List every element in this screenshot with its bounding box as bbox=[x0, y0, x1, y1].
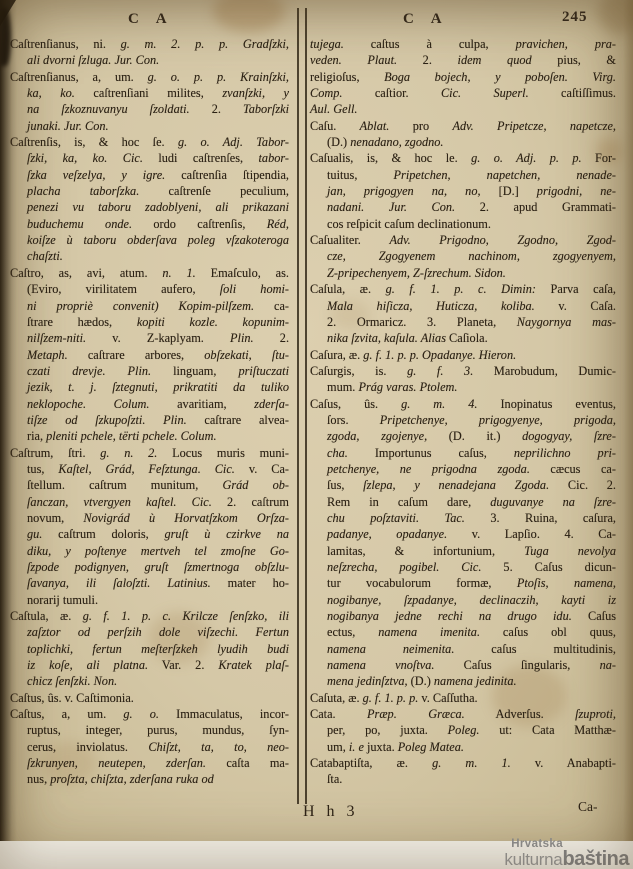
italic-text: chu poſztaviti. Tac. bbox=[327, 511, 465, 525]
text-line: tur vocabulorum formæ, Ptoſis, namena, bbox=[310, 575, 616, 591]
roman-text: cerus, inviolatus. bbox=[27, 740, 148, 754]
text-line: tiſze od ſzkupoſzti. Plin. caſtrare alve… bbox=[10, 412, 289, 428]
italic-text: g. o. Adj. p. p. bbox=[471, 151, 582, 165]
italic-text: prigodni, ne- bbox=[537, 184, 616, 198]
italic-text: ni propriè convenit) Kopim-pilſzem. bbox=[27, 299, 254, 313]
column-divider bbox=[297, 8, 307, 804]
text-line: Caſtrenſianus, ni. g. m. 2. p. p. Gradſz… bbox=[10, 36, 289, 52]
text-line: Caſuta, æ. g. f. 1. p. p. v. Caſſutha. bbox=[310, 690, 616, 706]
text-line: tus, Kaſtel, Grád, Feſztunga. Cic. v. Ca… bbox=[10, 461, 289, 477]
italic-text: Prág varas. Ptolem. bbox=[358, 380, 457, 394]
italic-text: Ptoſis, namena, bbox=[517, 576, 616, 590]
roman-text: Caſus ſingularis, bbox=[434, 658, 599, 672]
text-line: cerus, inviolatus. Chiſzt, ta, to, neo- bbox=[10, 739, 289, 755]
italic-text: neprilichno pri- bbox=[514, 446, 616, 460]
italic-text: Præp. Græca. bbox=[367, 707, 465, 721]
roman-text: v. Ca- bbox=[235, 462, 289, 476]
text-line: buduchemu onde. ordo caſtrenſis, Réd, bbox=[10, 216, 289, 232]
roman-text: avaritiam, bbox=[150, 397, 255, 411]
text-line: ſors. Pripetchenye, prigogyenye, prigoda… bbox=[310, 412, 616, 428]
italic-text: jan, prigogyen na, no, bbox=[327, 184, 481, 198]
text-line: Comp. caſtior. Cic. Superl. caſtiſſimus. bbox=[310, 85, 616, 101]
italic-text: Ablat. bbox=[360, 119, 390, 133]
text-line: Cata. Præp. Græca. Adverſus. ſzuproti, bbox=[310, 706, 616, 722]
corner-fold bbox=[0, 0, 16, 26]
text-line: cze, Zgogyenem nachinom, zgogyenyem, bbox=[310, 248, 616, 264]
text-line: Caſtrenſis, is, & hoc ſe. g. o. Adj. Tab… bbox=[10, 134, 289, 150]
text-line: cha. Importunus caſus, neprilichno pri- bbox=[310, 445, 616, 461]
text-line: ka, ko. caſtrenſiani milites, zvanſzki, … bbox=[10, 85, 289, 101]
text-line: Caſtula, æ. g. f. 1. p. c. Krilcze ſenſz… bbox=[10, 608, 289, 624]
italic-text: dogogyay, ſzre- bbox=[522, 429, 616, 443]
dictionary-entry: Caſuta, æ. g. f. 1. p. p. v. Caſſutha. bbox=[310, 690, 616, 706]
dictionary-entry: Caſus, ûs. g. m. 4. Inopinatus eventus,ſ… bbox=[310, 396, 616, 690]
roman-text: Caſualiter. bbox=[310, 233, 389, 247]
roman-text: juxta. bbox=[364, 740, 398, 754]
roman-text: Caſtrenſis, is, & hoc ſe. bbox=[10, 135, 178, 149]
roman-text: Immaculatus, incor- bbox=[159, 707, 289, 721]
roman-text: caſtrum doloris, bbox=[42, 527, 164, 541]
italic-text: Plin. bbox=[230, 331, 254, 345]
text-line: zaſztor od perſzih dole viſzechi. Fertun bbox=[10, 624, 289, 640]
italic-text: gruſt ù czirkve na bbox=[165, 527, 290, 541]
text-line: jan, prigogyen na, no, [D.] prigodni, ne… bbox=[310, 183, 616, 199]
italic-text: ſzkrunyen, neutepen, zderſan. bbox=[27, 756, 206, 770]
roman-text: Catabaptiſta, æ. bbox=[310, 756, 432, 770]
watermark-kulturna: kulturna bbox=[504, 850, 562, 869]
text-line: ſtellum. caſtrum munitum, Grád ob- bbox=[10, 477, 289, 493]
roman-text: Marobudum, Dumic- bbox=[473, 364, 616, 378]
roman-text: pro bbox=[389, 119, 452, 133]
italic-text: duguvanye na ſzre- bbox=[490, 495, 616, 509]
right-column: tujega. caſtus à culpa, pravichen, pra-v… bbox=[310, 36, 616, 788]
text-line: ſzki, ka, ko. Cic. ludi caſtrenſes, tabo… bbox=[10, 150, 289, 166]
roman-text: tuitus, bbox=[327, 168, 394, 182]
roman-text: v. Lapſio. 4. Ca- bbox=[447, 527, 616, 541]
italic-text: Pripetchen, napetchen, nenade- bbox=[394, 168, 616, 182]
page-edge-shadow bbox=[623, 0, 633, 842]
roman-text: ria, bbox=[27, 429, 46, 443]
italic-text: petchenye, ne prigodna zgoda. bbox=[327, 462, 530, 476]
dictionary-entry: Cata. Præp. Græca. Adverſus. ſzuproti,pe… bbox=[310, 706, 616, 755]
text-line: Z-pripechenyem, Z-ſzrechum. Sidon. bbox=[310, 265, 616, 281]
roman-text: 2. Ormaricz. 3. Planeta, bbox=[327, 315, 517, 329]
italic-text: namena imenita. bbox=[378, 625, 480, 639]
dictionary-entry: Caſula, æ. g. f. 1. p. c. Dimin: Parva c… bbox=[310, 281, 616, 346]
italic-text: Pripetchenye, prigogyenye, prigoda, bbox=[380, 413, 616, 427]
text-line: cos reſpicit caſum declinationum. bbox=[310, 216, 616, 232]
italic-text: tiſze od ſzkupoſzti. Plin. bbox=[27, 413, 187, 427]
scanned-page: C A C A 245 Caſtrenſianus, ni. g. m. 2. … bbox=[0, 0, 633, 869]
dictionary-entry: Caſtula, æ. g. f. 1. p. c. Krilcze ſenſz… bbox=[10, 608, 289, 690]
italic-text: Metaph. bbox=[27, 348, 68, 362]
text-line: norarij tumuli. bbox=[10, 592, 289, 608]
roman-text: caſus obl quus, bbox=[480, 625, 616, 639]
italic-text: zaſztor od perſzih dole viſzechi. Fertun bbox=[27, 625, 289, 639]
dictionary-entry: Caſualiter. Adv. Prigodno, Zgodno, Zgod-… bbox=[310, 232, 616, 281]
italic-text: cze, Zgogyenem nachinom, zgogyenyem, bbox=[327, 249, 616, 263]
text-line: junaki. Jur. Con. bbox=[10, 118, 289, 134]
roman-text: caſtrare arbores, bbox=[68, 348, 205, 362]
italic-text: g. f. 3. bbox=[407, 364, 473, 378]
text-line: tuitus, Pripetchen, napetchen, nenade- bbox=[310, 167, 616, 183]
running-title-left: C A bbox=[128, 11, 174, 28]
italic-text: tujega. bbox=[310, 37, 344, 51]
roman-text: (D.) bbox=[408, 674, 434, 688]
roman-text: per, po, juxta. bbox=[327, 723, 448, 737]
dictionary-entry: Caſurgis, is. g. f. 3. Marobudum, Dumic-… bbox=[310, 363, 616, 396]
italic-text: Adv. Pripetcze, napetcze, bbox=[452, 119, 616, 133]
text-line: ni propriè convenit) Kopim-pilſzem. ca- bbox=[10, 298, 289, 314]
dictionary-entry: Caſtrum, ſtri. g. n. 2. Locus muris muni… bbox=[10, 445, 289, 608]
roman-text: 2. apud Grammati- bbox=[455, 200, 616, 214]
italic-text: obſzekati, ſtu- bbox=[204, 348, 289, 362]
text-line: nogibanye, ſzpadanye, declinaczih, kayti… bbox=[310, 592, 616, 608]
text-line: Mala hiſicza, Huticza, koliba. v. Caſa. bbox=[310, 298, 616, 314]
italic-text: ſzlepa, y nenadejana Zgoda. bbox=[363, 478, 549, 492]
watermark-line2: kulturnabaština bbox=[504, 849, 629, 869]
page-number: 245 bbox=[562, 9, 588, 26]
text-line: chaſzti. bbox=[10, 248, 289, 264]
italic-text: Tuga nevolya bbox=[524, 544, 616, 558]
text-line: per, po, juxta. Poleg. ut: Cata Matthæ- bbox=[310, 722, 616, 738]
italic-text: jezik, t. j. ſztegnuti, prikratiti da tu… bbox=[27, 380, 289, 394]
roman-text: (D. it.) bbox=[427, 429, 522, 443]
text-line: Caſtus, ûs. v. Caſtimonia. bbox=[10, 690, 289, 706]
italic-text: buduchemu onde. bbox=[27, 217, 132, 231]
italic-text: g. o. p. p. Krainſzki, bbox=[148, 70, 289, 84]
italic-text: Aul. Gell. bbox=[310, 102, 357, 116]
italic-text: ka, ko. bbox=[27, 86, 75, 100]
text-line: Caſus, ûs. g. m. 4. Inopinatus eventus, bbox=[310, 396, 616, 412]
paper-stain bbox=[213, 0, 285, 32]
text-line: iz koſe, ali platna. Var. 2. Kratek plaſ… bbox=[10, 657, 289, 673]
dictionary-entry: Caſtro, as, avi, atum. n. 1. Emaſculo, a… bbox=[10, 265, 289, 445]
italic-text: nadani. Jur. Con. bbox=[327, 200, 455, 214]
italic-text: g. m. 1. bbox=[432, 756, 511, 770]
roman-text: Importunus caſus, bbox=[348, 446, 514, 460]
roman-text: nus, bbox=[27, 772, 50, 786]
roman-text: [D.] bbox=[481, 184, 537, 198]
italic-text: padanye, opadanye. bbox=[327, 527, 447, 541]
italic-text: diku, y poſtenye mertveh tel zmoſne Go- bbox=[27, 544, 289, 558]
roman-text: 2. bbox=[190, 102, 243, 116]
roman-text: Var. 2. bbox=[148, 658, 218, 672]
roman-text: ordo caſtrenſis, bbox=[132, 217, 267, 231]
roman-text: Rem in caſum dare, bbox=[327, 495, 490, 509]
roman-text: Caſus bbox=[572, 609, 616, 623]
roman-text: Caſula, æ. bbox=[310, 282, 386, 296]
roman-text: Caſtus, a, um. bbox=[10, 707, 123, 721]
roman-text: ſta. bbox=[327, 772, 342, 786]
roman-text: Cic. 2. bbox=[549, 478, 616, 492]
italic-text: namena jedinita. bbox=[434, 674, 517, 688]
text-line: veden. Plaut. 2. idem quod pius, & bbox=[310, 52, 616, 68]
text-line: lamitas, & infortunium, Tuga nevolya bbox=[310, 543, 616, 559]
roman-text: Caſura, æ. bbox=[310, 348, 363, 362]
roman-text: novum, bbox=[27, 511, 83, 525]
italic-text: Novigrád ù Horvatſzkom Orſza- bbox=[83, 511, 289, 525]
text-line: ſtrare hædos, kopiti kozle. kopunim- bbox=[10, 314, 289, 330]
roman-text: v. Caſſutha. bbox=[418, 691, 477, 705]
roman-text: For- bbox=[582, 151, 616, 165]
text-line: toplichki, fertun meſterſzkeh lyudih bud… bbox=[10, 641, 289, 657]
watermark-strip: Hrvatska kulturnabaština bbox=[0, 841, 633, 869]
text-line: Caſualis, is, & hoc le. g. o. Adj. p. p.… bbox=[310, 150, 616, 166]
text-line: diku, y poſtenye mertveh tel zmoſne Go- bbox=[10, 543, 289, 559]
italic-text: g. o. Adj. Tabor- bbox=[178, 135, 289, 149]
text-line: Caſtus, a, um. g. o. Immaculatus, incor- bbox=[10, 706, 289, 722]
roman-text: Caſtrum, ſtri. bbox=[10, 446, 100, 460]
roman-text: ſors. bbox=[327, 413, 380, 427]
roman-text: Caſurgis, is. bbox=[310, 364, 407, 378]
italic-text: pravichen, pra- bbox=[516, 37, 616, 51]
italic-text: g. m. 4. bbox=[401, 397, 477, 411]
italic-text: g. f. 1. p. c. Dimin: bbox=[386, 282, 536, 296]
italic-text: zvanſzki, y bbox=[222, 86, 289, 100]
roman-text: Cata. bbox=[310, 707, 367, 721]
roman-text: caſtior. bbox=[342, 86, 441, 100]
roman-text: linguam, bbox=[151, 364, 238, 378]
italic-text: Chiſzt, ta, to, neo- bbox=[148, 740, 289, 754]
roman-text: Locus muris muni- bbox=[157, 446, 289, 460]
text-line: na ſzkoznuvanyu ſzoldati. 2. Taborſzki bbox=[10, 101, 289, 117]
text-line: neſzrecha, pogibel. Cic. 5. Caſus dicun- bbox=[310, 559, 616, 575]
roman-text: ſtrare hædos, bbox=[27, 315, 137, 329]
italic-text: penezi vu taboru zadoblyeni, ali prikaza… bbox=[27, 200, 289, 214]
italic-text: Poleg Matea. bbox=[398, 740, 464, 754]
italic-text: chaſzti. bbox=[27, 249, 63, 263]
italic-text: g. m. 2. p. p. Gradſzki, bbox=[121, 37, 289, 51]
italic-text: ſzki, ka, ko. Cic. bbox=[27, 151, 143, 165]
text-line: nus, proſzta, chiſzta, zderſana ruka od bbox=[10, 771, 289, 787]
italic-text: namena neimenita. bbox=[327, 642, 454, 656]
roman-text: 2. bbox=[254, 331, 289, 345]
italic-text: g. f. 1. p. c. Krilcze ſenſzko, ili bbox=[83, 609, 289, 623]
italic-text: iz koſe, ali platna. bbox=[27, 658, 148, 672]
roman-text: Caſtro, as, avi, atum. bbox=[10, 266, 162, 280]
italic-text: cha. bbox=[327, 446, 348, 460]
watermark-bastina: baština bbox=[562, 848, 629, 869]
roman-text: Caſu. bbox=[310, 119, 360, 133]
italic-text: priſtuczati bbox=[238, 364, 289, 378]
left-column: Caſtrenſianus, ni. g. m. 2. p. p. Gradſz… bbox=[10, 36, 289, 788]
italic-text: g. n. 2. bbox=[100, 446, 157, 460]
italic-text: czati drevje. Plin. bbox=[27, 364, 151, 378]
roman-text: v. Z-kaplyam. bbox=[86, 331, 230, 345]
italic-text: proſzta, chiſzta, zderſana ruka od bbox=[50, 772, 214, 786]
roman-text: caſtus à culpa, bbox=[344, 37, 516, 51]
roman-text: (D.) bbox=[327, 135, 350, 149]
roman-text: caſus multitudinis, bbox=[454, 642, 616, 656]
roman-text: norarij tumuli. bbox=[27, 593, 98, 607]
roman-text: ectus, bbox=[327, 625, 378, 639]
dictionary-entry: Caſualis, is, & hoc le. g. o. Adj. p. p.… bbox=[310, 150, 616, 232]
roman-text: 2. caſtrum bbox=[212, 495, 289, 509]
roman-text: v. Caſa. bbox=[535, 299, 616, 313]
text-line: Caſualiter. Adv. Prigodno, Zgodno, Zgod- bbox=[310, 232, 616, 248]
italic-text: namena vnoſtva. bbox=[327, 658, 434, 672]
italic-text: veden. Plaut. bbox=[310, 53, 397, 67]
roman-text: ca- bbox=[254, 299, 289, 313]
italic-text: tabor- bbox=[259, 151, 290, 165]
italic-text: neſzrecha, pogibel. Cic. bbox=[327, 560, 481, 574]
roman-text: Inopinatus eventus, bbox=[477, 397, 616, 411]
italic-text: kopiti kozle. kopunim- bbox=[137, 315, 289, 329]
roman-text: um, bbox=[327, 740, 349, 754]
italic-text: nika ſzvita, kaſula. Alias bbox=[327, 331, 446, 345]
text-line: Aul. Gell. bbox=[310, 101, 616, 117]
roman-text: Caſualis, is, & hoc le. bbox=[310, 151, 471, 165]
dictionary-entry: Caſtrenſis, is, & hoc ſe. g. o. Adj. Tab… bbox=[10, 134, 289, 265]
text-line: nadani. Jur. Con. 2. apud Grammati- bbox=[310, 199, 616, 215]
text-line: chu poſztaviti. Tac. 3. Ruina, caſura, bbox=[310, 510, 616, 526]
text-line: tujega. caſtus à culpa, pravichen, pra- bbox=[310, 36, 616, 52]
italic-text: ſanczan, vtvergyen kaſtel. Cic. bbox=[27, 495, 212, 509]
italic-text: Adv. Prigodno, Zgodno, Zgod- bbox=[389, 233, 616, 247]
text-line: gu. caſtrum doloris, gruſt ù czirkve na bbox=[10, 526, 289, 542]
text-line: (D.) nenadano, zgodno. bbox=[310, 134, 616, 150]
italic-text: mena jedinſztva, bbox=[327, 674, 408, 688]
italic-text: Kaſtel, Grád, Feſztunga. Cic. bbox=[58, 462, 234, 476]
roman-text: 5. Caſus dicun- bbox=[481, 560, 616, 574]
text-line: czati drevje. Plin. linguam, priſtuczati bbox=[10, 363, 289, 379]
roman-text: ut: Cata Matthæ- bbox=[479, 723, 616, 737]
roman-text: 2. bbox=[397, 53, 457, 67]
dictionary-entry: tujega. caſtus à culpa, pravichen, pra-v… bbox=[310, 36, 616, 118]
italic-text: nenadano, zgodno. bbox=[350, 135, 443, 149]
text-line: Caſura, æ. g. f. 1. p. p. Opadanye. Hier… bbox=[310, 347, 616, 363]
text-line: ali dvorni ſzluga. Jur. Con. bbox=[10, 52, 289, 68]
text-line: mena jedinſztva, (D.) namena jedinita. bbox=[310, 673, 616, 689]
italic-text: gu. bbox=[27, 527, 42, 541]
italic-text: ſavanya, ili ſaloſzti. Latinius. bbox=[27, 576, 211, 590]
italic-text: Mala hiſicza, Huticza, koliba. bbox=[327, 299, 535, 313]
text-line: Caſurgis, is. g. f. 3. Marobudum, Dumic- bbox=[310, 363, 616, 379]
italic-text: ſoli homi- bbox=[220, 282, 289, 296]
italic-text: nilſzem-niti. bbox=[27, 331, 86, 345]
roman-text: caſtrenſiani milites, bbox=[75, 86, 222, 100]
dictionary-entry: Caſtus, a, um. g. o. Immaculatus, incor-… bbox=[10, 706, 289, 788]
text-line: nilſzem-niti. v. Z-kaplyam. Plin. 2. bbox=[10, 330, 289, 346]
italic-text: idem quod bbox=[458, 53, 532, 67]
text-line: nogibanya jedne rechi na drugo idu. Caſu… bbox=[310, 608, 616, 624]
roman-text: ſtellum. caſtrum munitum, bbox=[27, 478, 222, 492]
roman-text: Caſtus, ûs. v. Caſtimonia. bbox=[10, 691, 134, 705]
italic-text: ſzka veſzelya, y igre. bbox=[27, 168, 165, 182]
dictionary-entry: Caſtrenſianus, a, um. g. o. p. p. Krainſ… bbox=[10, 69, 289, 134]
italic-text: g. f. 1. p. p. bbox=[363, 691, 419, 705]
dictionary-entry: Caſura, æ. g. f. 1. p. p. Opadanye. Hier… bbox=[310, 347, 616, 363]
italic-text: na ſzkoznuvanyu ſzoldati. bbox=[27, 102, 190, 116]
roman-text: Adverſus. bbox=[465, 707, 575, 721]
text-line: ſzpode podignyen, gruſt ſzmertnoga obſzl… bbox=[10, 559, 289, 575]
text-line: penezi vu taboru zadoblyeni, ali prikaza… bbox=[10, 199, 289, 215]
text-line: (Eviro, virilitatem aufero, ſoli homi- bbox=[10, 281, 289, 297]
italic-text: nogibanye, ſzpadanye, declinaczih, kayti… bbox=[327, 593, 616, 607]
text-line: um, i. e juxta. Poleg Matea. bbox=[310, 739, 616, 755]
italic-text: zderſa- bbox=[254, 397, 289, 411]
italic-text: Boga bojech, y poboſen. Virg. bbox=[384, 70, 616, 84]
italic-text: koiſze ù taboru obderſava poleg vſzakote… bbox=[27, 233, 289, 247]
roman-text: Caſiola. bbox=[446, 331, 488, 345]
italic-text: toplichki, fertun meſterſzkeh lyudih bud… bbox=[27, 642, 289, 656]
roman-text: Caſus, ûs. bbox=[310, 397, 401, 411]
watermark: Hrvatska kulturnabaština bbox=[504, 839, 629, 869]
roman-text: Parva caſa, bbox=[536, 282, 616, 296]
text-line: petchenye, ne prigodna zgoda. cæcus ca- bbox=[310, 461, 616, 477]
text-line: ſus, ſzlepa, y nenadejana Zgoda. Cic. 2. bbox=[310, 477, 616, 493]
roman-text: caſtrenſia ſtipendia, bbox=[165, 168, 289, 182]
text-line: ruptus, integer, purus, mundus, ſyn- bbox=[10, 722, 289, 738]
roman-text: caſtrare alvea- bbox=[187, 413, 289, 427]
roman-text: tur vocabulorum formæ, bbox=[327, 576, 517, 590]
italic-text: g. f. 1. p. p. Opadanye. Hieron. bbox=[363, 348, 516, 362]
italic-text: Naygornya mas- bbox=[517, 315, 616, 329]
text-line: placha taborſzka. caſtrenſe peculium, bbox=[10, 183, 289, 199]
text-line: ſta. bbox=[310, 771, 616, 787]
text-line: neklopoche. Colum. avaritiam, zderſa- bbox=[10, 396, 289, 412]
text-line: zgoda, zgojenye, (D. it.) dogogyay, ſzre… bbox=[310, 428, 616, 444]
text-line: religioſus, Boga bojech, y poboſen. Virg… bbox=[310, 69, 616, 85]
roman-text: Caſtrenſianus, ni. bbox=[10, 37, 121, 51]
roman-text: caſta ma- bbox=[206, 756, 289, 770]
dictionary-entry: Caſtrenſianus, ni. g. m. 2. p. p. Gradſz… bbox=[10, 36, 289, 69]
italic-text: placha taborſzka. bbox=[27, 184, 139, 198]
catchword: Ca- bbox=[578, 799, 598, 815]
roman-text: tus, bbox=[27, 462, 58, 476]
text-line: ſanczan, vtvergyen kaſtel. Cic. 2. caſtr… bbox=[10, 494, 289, 510]
dictionary-entry: Caſtus, ûs. v. Caſtimonia. bbox=[10, 690, 289, 706]
roman-text: Emaſculo, as. bbox=[196, 266, 289, 280]
text-line: ſzkrunyen, neutepen, zderſan. caſta ma- bbox=[10, 755, 289, 771]
italic-text: i. e bbox=[349, 740, 364, 754]
text-line: ſzka veſzelya, y igre. caſtrenſia ſtipen… bbox=[10, 167, 289, 183]
roman-text: 3. Ruina, caſura, bbox=[465, 511, 616, 525]
roman-text: ruptus, integer, purus, mundus, ſyn- bbox=[27, 723, 289, 737]
italic-text: Z-pripechenyem, Z-ſzrechum. Sidon. bbox=[327, 266, 506, 280]
italic-text: pleniti pchele, tërti pchele. Colum. bbox=[46, 429, 216, 443]
italic-text: Taborſzki bbox=[243, 102, 289, 116]
gathering-signature: H h 3 bbox=[303, 803, 359, 821]
text-line: ria, pleniti pchele, tërti pchele. Colum… bbox=[10, 428, 289, 444]
text-line: mum. Prág varas. Ptolem. bbox=[310, 379, 616, 395]
text-line: Caſula, æ. g. f. 1. p. c. Dimin: Parva c… bbox=[310, 281, 616, 297]
italic-text: chicz ſenſzki. Non. bbox=[27, 674, 117, 688]
italic-text: na- bbox=[600, 658, 616, 672]
italic-text: ſzpode podignyen, gruſt ſzmertnoga obſzl… bbox=[27, 560, 289, 574]
italic-text: neklopoche. Colum. bbox=[27, 397, 150, 411]
roman-text: ſus, bbox=[327, 478, 363, 492]
text-line: Catabaptiſta, æ. g. m. 1. v. Anabapti- bbox=[310, 755, 616, 771]
roman-text: pius, & bbox=[532, 53, 616, 67]
text-line: padanye, opadanye. v. Lapſio. 4. Ca- bbox=[310, 526, 616, 542]
roman-text: cæcus ca- bbox=[530, 462, 616, 476]
roman-text: Caſuta, æ. bbox=[310, 691, 363, 705]
roman-text: mater ho- bbox=[211, 576, 289, 590]
text-line: jezik, t. j. ſztegnuti, prikratiti da tu… bbox=[10, 379, 289, 395]
text-line: Caſtro, as, avi, atum. n. 1. Emaſculo, a… bbox=[10, 265, 289, 281]
italic-text: zgoda, zgojenye, bbox=[327, 429, 427, 443]
text-line: ſavanya, ili ſaloſzti. Latinius. mater h… bbox=[10, 575, 289, 591]
roman-text: lamitas, & infortunium, bbox=[327, 544, 524, 558]
roman-text: caſtrenſe peculium, bbox=[139, 184, 289, 198]
italic-text: Réd, bbox=[267, 217, 289, 231]
roman-text: ludi caſtrenſes, bbox=[143, 151, 259, 165]
italic-text: Cic. Superl. bbox=[441, 86, 529, 100]
text-line: Metaph. caſtrare arbores, obſzekati, ſtu… bbox=[10, 347, 289, 363]
text-line: Caſtrum, ſtri. g. n. 2. Locus muris muni… bbox=[10, 445, 289, 461]
